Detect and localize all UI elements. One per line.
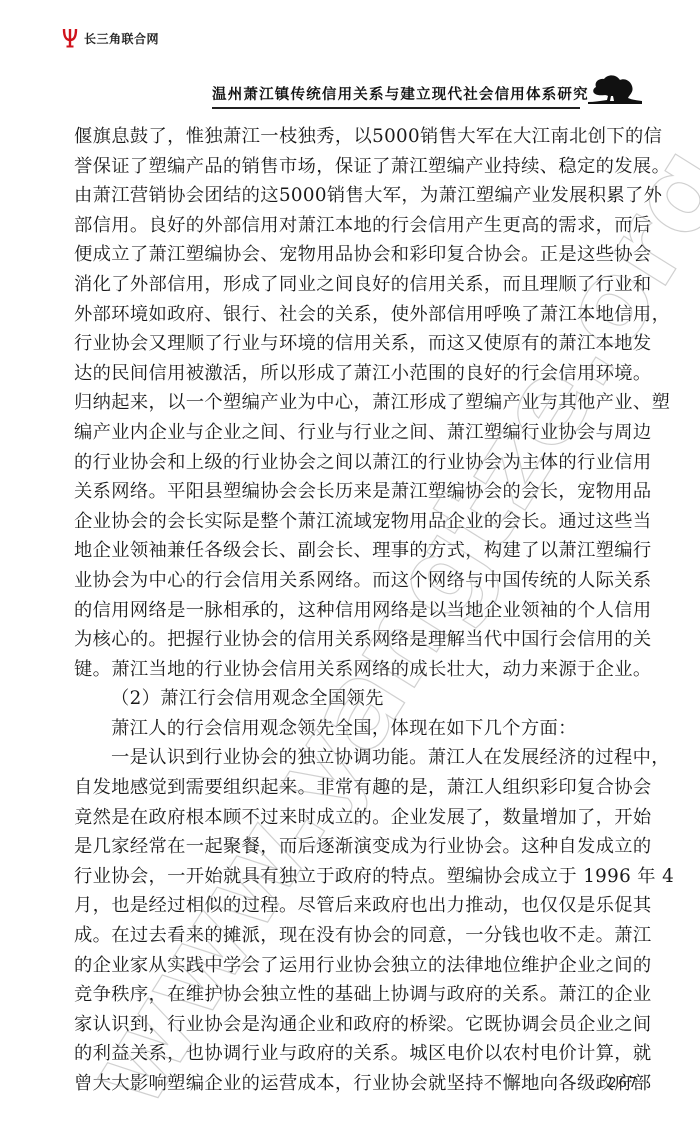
- text-line: 行业协会又理顺了行业与环境的信用关系，而这又使原有的萧江本地发: [74, 329, 666, 359]
- text-line: 家认识到，行业协会是沟通企业和政府的桥梁。它既协调会员企业之间: [74, 1010, 666, 1040]
- text-line: 由萧江营销协会团结的这5000销售大军，为萧江塑编产业发展积累了外: [74, 181, 666, 211]
- text-line: 的行业协会和上级的行业协会之间以萧江的行业协会为主体的行业信用: [74, 448, 666, 478]
- text-line: 便成立了萧江塑编协会、宠物用品协会和彩印复合协会。正是这些协会: [74, 240, 666, 270]
- section-heading: （2）萧江行会信用观念全国领先: [74, 684, 666, 714]
- text-line: 部信用。良好的外部信用对萧江本地的行会信用产生更高的需求，而后: [74, 211, 666, 241]
- psi-logo-icon: [62, 28, 78, 48]
- running-title: 温州萧江镇传统信用关系与建立现代社会信用体系研究: [212, 83, 580, 104]
- text-line: 的利益关系，也协调行业与政府的关系。城区电价以农村电价计算，就: [74, 1039, 666, 1069]
- text-line: 行业协会，一开始就具有独立于政府的特点。塑编协会成立于 1996 年 4: [74, 862, 666, 892]
- running-header: 温州萧江镇传统信用关系与建立现代社会信用体系研究: [212, 83, 580, 109]
- text-line: 萧江人的行会信用观念领先全国，体现在如下几个方面：: [74, 714, 666, 744]
- body-text: 偃旗息鼓了，惟独萧江一枝独秀，以5000销售大军在大江南北创下的信 誉保证了塑编…: [74, 122, 666, 1099]
- text-line: 业协会为中心的行会信用关系网络。而这个网络与中国传统的人际关系: [74, 566, 666, 596]
- text-line: 一是认识到行业协会的独立协调功能。萧江人在发展经济的过程中，: [74, 743, 666, 773]
- site-logo-text: 长三角联合网: [84, 30, 159, 47]
- text-line: 为核心的。把握行业协会的信用关系网络是理解当代中国行会信用的关: [74, 625, 666, 655]
- text-line: 达的民间信用被激活，所以形成了萧江小范围的良好的行会信用环境。: [74, 359, 666, 389]
- text-line: 成。在过去看来的摊派，现在没有协会的同意，一分钱也收不走。萧江: [74, 921, 666, 951]
- text-line: 键。萧江当地的行业协会信用关系网络的成长壮大，动力来源于企业。: [74, 655, 666, 685]
- text-line: 曾大大影响塑编企业的运营成本，行业协会就坚持不懈地向各级政府部: [74, 1069, 666, 1099]
- tree-ornament-icon: [586, 72, 644, 106]
- text-line: 企业协会的会长实际是整个萧江流域宠物用品企业的会长。通过这些当: [74, 507, 666, 537]
- text-line: 关系网络。平阳县塑编协会会长历来是萧江塑编协会的会长，宠物用品: [74, 477, 666, 507]
- text-line: 的信用网络是一脉相承的，这种信用网络是以当地企业领袖的个人信用: [74, 596, 666, 626]
- text-line: 誉保证了塑编产品的销售市场，保证了萧江塑编产业持续、稳定的发展。: [74, 152, 666, 182]
- text-line: 是几家经常在一起聚餐，而后逐渐演变成为行业协会。这种自发成立的: [74, 832, 666, 862]
- site-logo: 长三角联合网: [62, 28, 159, 48]
- text-line: 编产业内企业与企业之间、行业与行业之间、萧江塑编行业协会与周边: [74, 418, 666, 448]
- text-line: 地企业领袖兼任各级会长、副会长、理事的方式，构建了以萧江塑编行: [74, 536, 666, 566]
- text-line: 月，也是经过相似的过程。尽管后来政府也出力推动，也仅仅是乐促其: [74, 891, 666, 921]
- text-line: 自发地感觉到需要组织起来。非常有趣的是，萧江人组织彩印复合协会: [74, 773, 666, 803]
- text-line: 归纳起来，以一个塑编产业为中心，萧江形成了塑编产业与其他产业、塑: [74, 388, 666, 418]
- text-line: 消化了外部信用，形成了同业之间良好的信用关系，而且理顺了行业和: [74, 270, 666, 300]
- text-line: 外部环境如政府、银行、社会的关系，使外部信用呼唤了萧江本地信用，: [74, 300, 666, 330]
- page-number: · 267 ·: [596, 1076, 651, 1091]
- text-line: 偃旗息鼓了，惟独萧江一枝独秀，以5000销售大军在大江南北创下的信: [74, 122, 666, 152]
- text-line: 竟然是在政府根本顾不过来时成立的。企业发展了，数量增加了，开始: [74, 803, 666, 833]
- text-line: 竞争秩序，在维护协会独立性的基础上协调与政府的关系。萧江的企业: [74, 980, 666, 1010]
- text-line: 的企业家从实践中学会了运用行业协会独立的法律地位维护企业之间的: [74, 951, 666, 981]
- header-rule: [212, 107, 580, 109]
